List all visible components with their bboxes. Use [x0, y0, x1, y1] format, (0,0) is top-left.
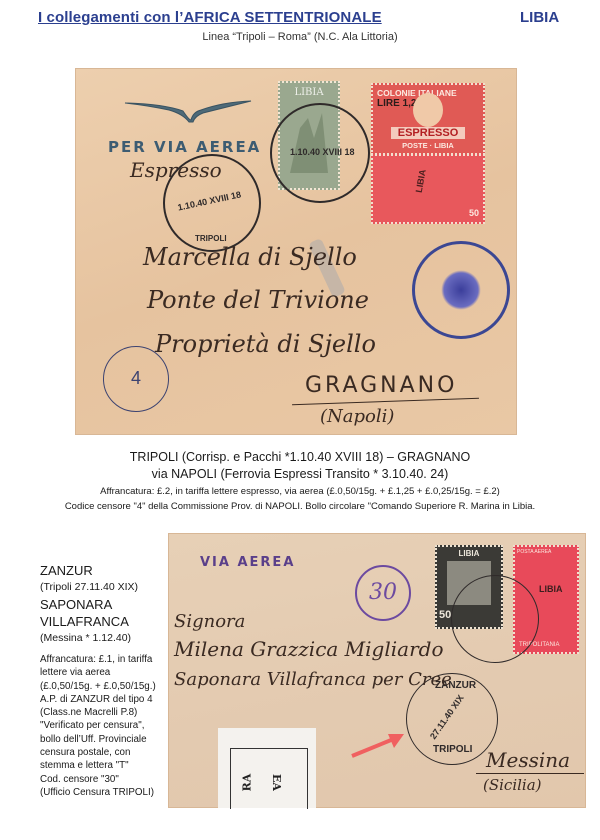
airmail-label: VIA AEREA: [200, 555, 295, 570]
caption-1-franking: Affrancatura: £.2, in tariffa lettere es…: [0, 486, 600, 497]
airmail-label: PER VIA AEREA: [108, 138, 261, 156]
page-country-label: LIBIA: [520, 9, 559, 26]
cover-2-destination-2: VILLAFRANCA: [40, 614, 129, 629]
red-arrow-icon: [348, 728, 408, 762]
address-region: (Sicilia): [483, 776, 542, 794]
caption-1-transit: via NAPOLI (Ferrovia Espressi Transito *…: [0, 467, 600, 481]
tripoli-postmark: 1.10.40 XVIII 18 TRIPOLI: [163, 154, 261, 252]
postmark-city: TRIPOLI: [195, 234, 227, 243]
page-subtitle: Linea “Tripoli – Roma” (N.C. Ala Littori…: [0, 31, 600, 43]
postmark-date: 27.11.40 XIX: [428, 693, 466, 741]
naval-command-seal: [412, 241, 510, 339]
corrispondenze-postmark: 1.10.40 XVIII 18: [270, 103, 370, 203]
address-name: Milena Grazzica Migliardo: [174, 637, 443, 661]
address-city: Messina: [486, 748, 570, 772]
address-province: (Napoli): [320, 406, 394, 427]
page-title: I collegamenti con l’AFRICA SETTENTRIONA…: [38, 9, 382, 26]
censor-label: RA EA: [218, 728, 316, 808]
postmark-region: TRIPOLI: [433, 744, 472, 755]
stamp-libia-red: LIBIA 50: [371, 154, 485, 224]
cover-2-destination-1: SAPONARA: [40, 597, 112, 612]
cover-2-origin-detail: (Tripoli 27.11.40 XIX): [40, 581, 138, 593]
address-line-3: Proprietà di Sjello: [155, 330, 376, 358]
winged-airmail-icon: [123, 98, 253, 124]
address-line-1: Marcella di Sjello: [143, 243, 357, 271]
stamp-espresso: COLONIE ITALIANE LIRE 1,25 ESPRESSO POST…: [371, 83, 485, 155]
address-salutation: Signora: [174, 611, 245, 632]
address-city: GRAGNANO: [305, 373, 457, 398]
seal-emblem-icon: [441, 270, 481, 310]
caption-1-censor: Codice censore "4" della Commissione Pro…: [0, 501, 600, 512]
censor-code-circle: 30: [355, 565, 411, 621]
caption-1-route: TRIPOLI (Corrisp. e Pacchi *1.10.40 XVII…: [0, 450, 600, 464]
cover-2-notes: Affrancatura: £.1, in tariffa lettere vi…: [40, 653, 156, 799]
address-town: Saponara Villafranca per Cree: [174, 669, 452, 690]
cover-1-envelope: PER VIA AEREA Espresso 1.10.40 XVIII 18 …: [75, 68, 517, 435]
address-line-2: Ponte del Trivione: [147, 286, 369, 314]
cover-2-envelope: VIA AEREA 30 LIBIA 50 POSTA AEREA LIBIA …: [168, 533, 586, 808]
address-underline: [292, 398, 479, 406]
zanzur-postmark-on-stamp: [451, 575, 539, 663]
cover-2-destination-detail: (Messina * 1.12.40): [40, 632, 131, 644]
postmark-date: 1.10.40 XVIII 18: [177, 189, 242, 212]
cover-2-origin: ZANZUR: [40, 563, 93, 578]
address-underline: [476, 773, 584, 774]
stamp-head-icon: [413, 93, 443, 127]
